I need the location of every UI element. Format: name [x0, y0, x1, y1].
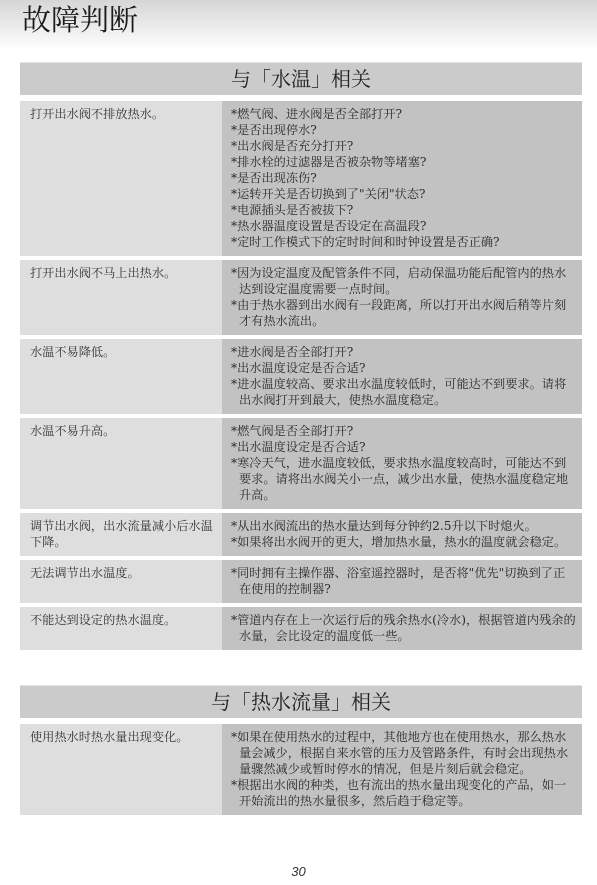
- check-item: *是否出现停水?: [231, 122, 576, 138]
- problem-cell: 水温不易降低。: [20, 339, 222, 414]
- problem-cell: 无法调节出水温度。: [20, 560, 222, 603]
- check-item: *如果在使用热水的过程中，其他地方也在使用热水，那么热水量会减少，根据自来水管的…: [231, 729, 576, 777]
- problem-cell: 使用热水时热水量出现变化。: [20, 724, 222, 815]
- checks-cell: *因为设定温度及配管条件不同，启动保温功能后配管内的热水达到设定温度需要一点时间…: [222, 260, 582, 335]
- table-row: 打开出水阀不排放热水。 *燃气阀、进水阀是否全部打开? *是否出现停水? *出水…: [20, 101, 582, 256]
- section-water-temperature: 与「水温」相关 打开出水阀不排放热水。 *燃气阀、进水阀是否全部打开? *是否出…: [20, 62, 582, 650]
- check-item: *同时拥有主操作器、浴室遥控器时，是否将"优先"切换到了正在使用的控制器?: [231, 565, 576, 597]
- table-row: 调节出水阀，出水流量减小后水温下降。 *从出水阀流出的热水量达到每分钟约2.5升…: [20, 513, 582, 556]
- check-item: *定时工作模式下的定时时间和时钟设置是否正确?: [231, 234, 576, 250]
- checks-cell: *管道内存在上一次运行后的残余热水(冷水)，根据管道内残余的水量，会比设定的温度…: [222, 607, 582, 650]
- table-row: 使用热水时热水量出现变化。 *如果在使用热水的过程中，其他地方也在使用热水，那么…: [20, 724, 582, 815]
- check-item: *是否出现冻伤?: [231, 170, 576, 186]
- check-item: *因为设定温度及配管条件不同，启动保温功能后配管内的热水达到设定温度需要一点时间…: [231, 265, 576, 297]
- checks-cell: *燃气阀、进水阀是否全部打开? *是否出现停水? *出水阀是否充分打开? *排水…: [222, 101, 582, 256]
- section-hot-water-flow: 与「热水流量」相关 使用热水时热水量出现变化。 *如果在使用热水的过程中，其他地…: [20, 685, 582, 815]
- table-row: 无法调节出水温度。 *同时拥有主操作器、浴室遥控器时，是否将"优先"切换到了正在…: [20, 560, 582, 603]
- page-header: 故障判断: [0, 0, 597, 50]
- troubleshooting-table: 打开出水阀不排放热水。 *燃气阀、进水阀是否全部打开? *是否出现停水? *出水…: [20, 101, 582, 650]
- check-item: *电源插头是否被拔下?: [231, 202, 576, 218]
- check-item: *出水阀是否充分打开?: [231, 138, 576, 154]
- check-item: *排水栓的过滤器是否被杂物等堵塞?: [231, 154, 576, 170]
- table-row: 水温不易升高。 *燃气阀是否全部打开? *出水温度设定是否合适? *寒冷天气，进…: [20, 418, 582, 509]
- troubleshooting-table: 使用热水时热水量出现变化。 *如果在使用热水的过程中，其他地方也在使用热水，那么…: [20, 724, 582, 815]
- section-heading: 与「热水流量」相关: [20, 685, 582, 718]
- check-item: *从出水阀流出的热水量达到每分钟约2.5升以下时熄火。: [231, 518, 576, 534]
- table-row: 水温不易降低。 *进水阀是否全部打开? *出水温度设定是否合适? *进水温度较高…: [20, 339, 582, 414]
- problem-cell: 打开出水阀不马上出热水。: [20, 260, 222, 335]
- page-number: 30: [0, 864, 597, 879]
- check-item: *进水温度较高、要求出水温度较低时，可能达不到要求。请将出水阀打开到最大，使热水…: [231, 376, 576, 408]
- check-item: *管道内存在上一次运行后的残余热水(冷水)，根据管道内残余的水量，会比设定的温度…: [231, 612, 576, 644]
- problem-cell: 不能达到设定的热水温度。: [20, 607, 222, 650]
- table-row: 不能达到设定的热水温度。 *管道内存在上一次运行后的残余热水(冷水)，根据管道内…: [20, 607, 582, 650]
- problem-cell: 调节出水阀，出水流量减小后水温下降。: [20, 513, 222, 556]
- problem-cell: 水温不易升高。: [20, 418, 222, 509]
- checks-cell: *如果在使用热水的过程中，其他地方也在使用热水，那么热水量会减少，根据自来水管的…: [222, 724, 582, 815]
- check-item: *运转开关是否切换到了"关闭"状态?: [231, 186, 576, 202]
- check-item: *燃气阀是否全部打开?: [231, 423, 576, 439]
- section-heading: 与「水温」相关: [20, 62, 582, 95]
- check-item: *燃气阀、进水阀是否全部打开?: [231, 106, 576, 122]
- checks-cell: *同时拥有主操作器、浴室遥控器时，是否将"优先"切换到了正在使用的控制器?: [222, 560, 582, 603]
- check-item: *寒冷天气，进水温度较低，要求热水温度较高时，可能达不到要求。请将出水阀关小一点…: [231, 455, 576, 503]
- checks-cell: *进水阀是否全部打开? *出水温度设定是否合适? *进水温度较高、要求出水温度较…: [222, 339, 582, 414]
- page-title: 故障判断: [22, 2, 138, 38]
- check-item: *根据出水阀的种类，也有流出的热水量出现变化的产品，如一开始流出的热水量很多，然…: [231, 777, 576, 809]
- problem-cell: 打开出水阀不排放热水。: [20, 101, 222, 256]
- checks-cell: *从出水阀流出的热水量达到每分钟约2.5升以下时熄火。 *如果将出水阀开的更大，…: [222, 513, 582, 556]
- check-item: *热水器温度设置是否设定在高温段?: [231, 218, 576, 234]
- checks-cell: *燃气阀是否全部打开? *出水温度设定是否合适? *寒冷天气，进水温度较低，要求…: [222, 418, 582, 509]
- check-item: *出水温度设定是否合适?: [231, 360, 576, 376]
- check-item: *出水温度设定是否合适?: [231, 439, 576, 455]
- check-item: *进水阀是否全部打开?: [231, 344, 576, 360]
- check-item: *由于热水器到出水阀有一段距离，所以打开出水阀后稍等片刻才有热水流出。: [231, 297, 576, 329]
- check-item: *如果将出水阀开的更大，增加热水量，热水的温度就会稳定。: [231, 534, 576, 550]
- table-row: 打开出水阀不马上出热水。 *因为设定温度及配管条件不同，启动保温功能后配管内的热…: [20, 260, 582, 335]
